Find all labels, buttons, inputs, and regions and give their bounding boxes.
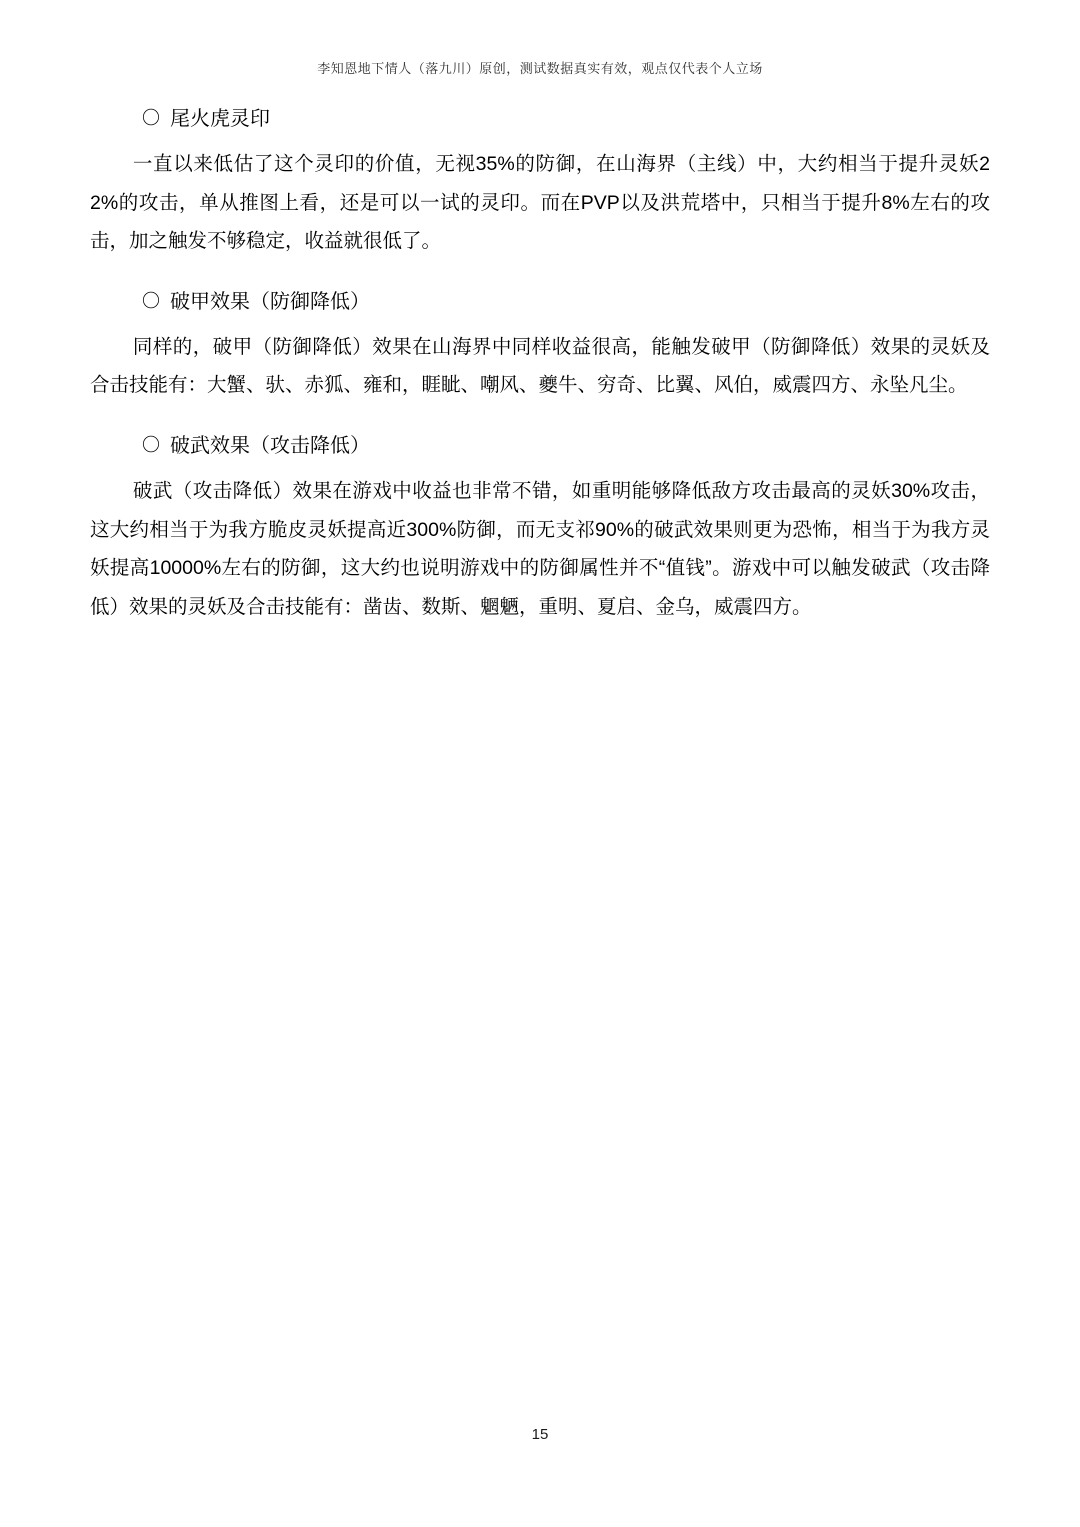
section-paragraph: 一直以来低估了这个灵印的价值，无视35%的防御，在山海界（主线）中，大约相当于提… <box>90 145 990 261</box>
section-title: 尾火虎灵印 <box>170 103 270 135</box>
section-heading: 〇 破甲效果（防御降低） <box>90 286 990 318</box>
section-title: 破甲效果（防御降低） <box>170 286 370 318</box>
circle-bullet-icon: 〇 <box>142 429 160 461</box>
section-heading: 〇 破武效果（攻击降低） <box>90 430 990 462</box>
document-header-note: 李知恩地下情人（落九川）原创，测试数据真实有效，观点仅代表个人立场 <box>90 60 990 78</box>
circle-bullet-icon: 〇 <box>142 285 160 317</box>
section-paragraph: 同样的，破甲（防御降低）效果在山海界中同样收益很高，能触发破甲（防御降低）效果的… <box>90 328 990 405</box>
page-number: 15 <box>0 1426 1080 1443</box>
document-page: 李知恩地下情人（落九川）原创，测试数据真实有效，观点仅代表个人立场 〇 尾火虎灵… <box>0 0 1080 1527</box>
section-title: 破武效果（攻击降低） <box>170 430 370 462</box>
circle-bullet-icon: 〇 <box>142 102 160 134</box>
section-heading: 〇 尾火虎灵印 <box>90 103 990 135</box>
section-paragraph: 破武（攻击降低）效果在游戏中收益也非常不错，如重明能够降低敌方攻击最高的灵妖30… <box>90 472 990 626</box>
